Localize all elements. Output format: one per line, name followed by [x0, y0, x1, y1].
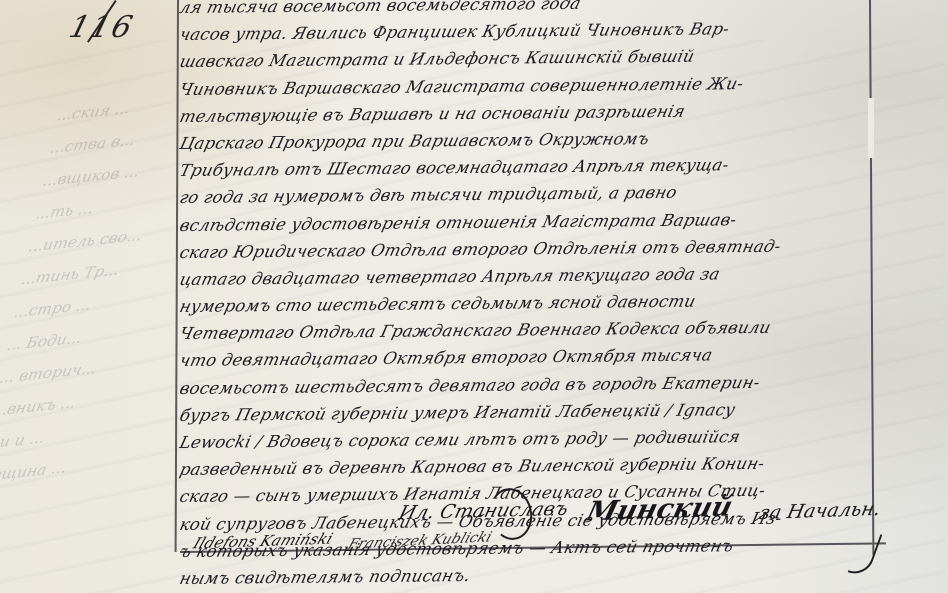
signature-official-prefix: Ил. Станиславъ: [397, 498, 571, 524]
scanned-document-page: ...ския ... ...ства в... ...вщиков ... .…: [0, 0, 948, 593]
page-number: 116: [65, 10, 138, 45]
signature-official-title: за Начальн.: [757, 498, 882, 524]
signature-official-name: Минский: [583, 492, 735, 528]
